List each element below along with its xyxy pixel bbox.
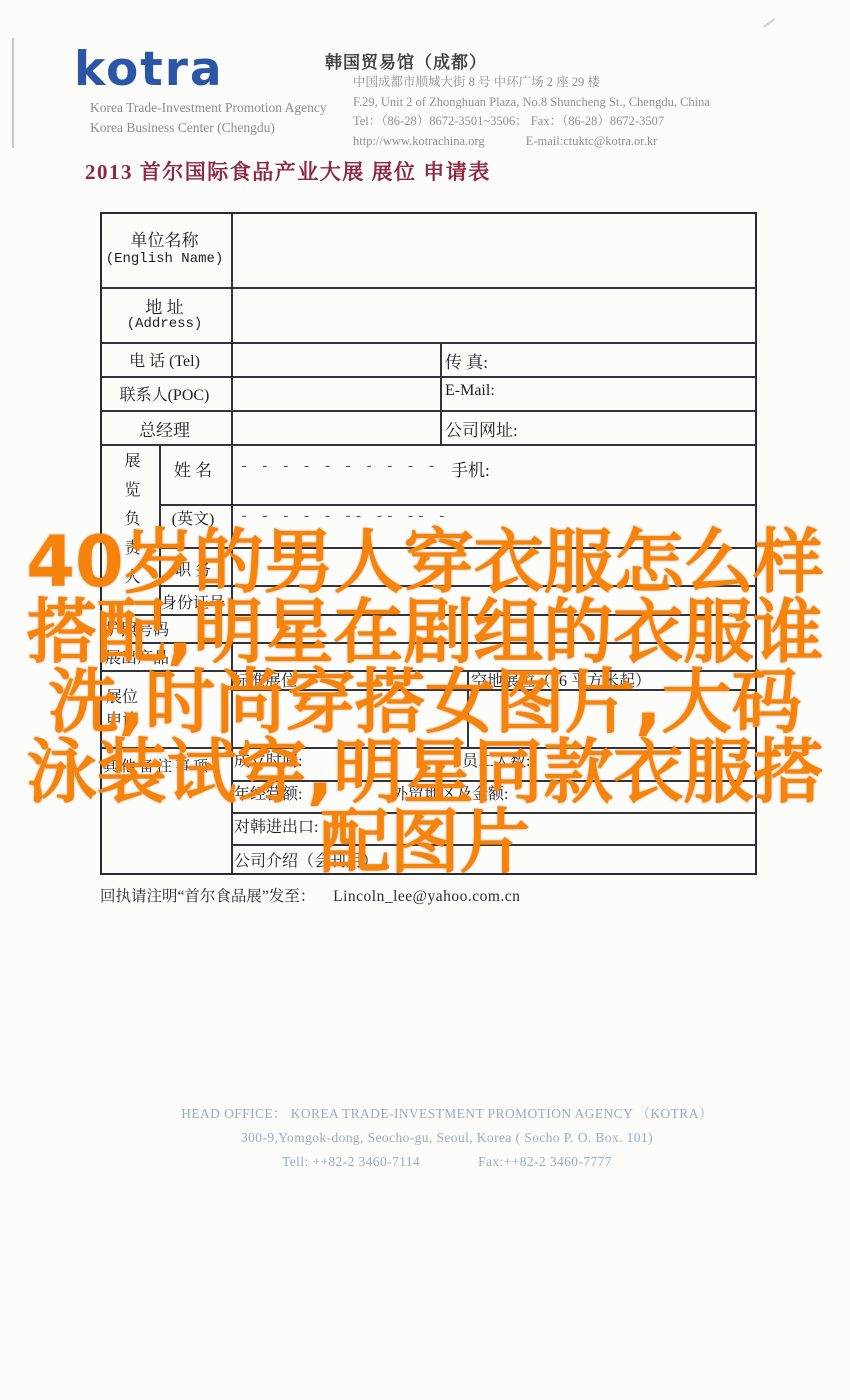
table-line xyxy=(102,642,757,644)
office-address-en: F.29, Unit 2 of Zhonghuan Plaza, No.8 Sh… xyxy=(353,93,805,113)
table-line xyxy=(159,585,757,587)
field-general-manager: 总经理 xyxy=(100,416,229,441)
office-web-email: http://www.kotrachina.org E-mail:ctuktc@… xyxy=(353,132,805,152)
name-dash-line: - - - - - - - - - - xyxy=(240,459,438,475)
field-address: 地 址 xyxy=(100,293,229,318)
table-line xyxy=(102,376,757,378)
table-line xyxy=(467,670,469,747)
reply-note-email: Lincoln_lee@yahoo.com.cn xyxy=(333,888,520,905)
table-line xyxy=(102,287,757,289)
table-line xyxy=(102,747,757,749)
org-line-1: Korea Trade-Investment Promotion Agency xyxy=(90,98,327,118)
scan-artifact-line xyxy=(12,38,14,148)
document-title: 2013 首尔国际食品产业大展 展位 申请表 xyxy=(85,156,491,186)
field-products: 展出产品 xyxy=(105,645,169,668)
table-line xyxy=(440,342,442,444)
footer-tel: Tell: ++82-2 3460-7114 xyxy=(282,1154,420,1169)
name-en-dash-line: - - - - - -- -- -- - xyxy=(240,509,448,525)
table-line xyxy=(102,444,757,446)
field-founded: 成立时间: xyxy=(234,748,302,771)
scanned-application-form: kotra Korea Trade-Investment Promotion A… xyxy=(0,0,850,1400)
field-trade-regions: 外贸地区及金额: xyxy=(392,781,508,804)
booth-group-line2: 申请 xyxy=(106,707,138,730)
table-line xyxy=(231,214,233,873)
group-exhibit-manager: 展览负责人 xyxy=(119,452,142,624)
scan-artifact-mark xyxy=(763,18,776,28)
footer-line-3: Tell: ++82-2 3460-7114Fax:++82-2 3460-77… xyxy=(22,1150,850,1174)
office-tel-fax: Tel：（86-28）8672-3501~3506； Fax：（86-28）86… xyxy=(353,112,805,132)
footer-line-1: HEAD OFFICE： KOREA TRADE-INVESTMENT PROM… xyxy=(22,1102,850,1126)
office-name: 韩国贸易馆（成都） xyxy=(325,48,805,73)
table-line xyxy=(159,504,757,506)
table-line xyxy=(159,547,757,549)
field-name-en: (英文) xyxy=(157,506,229,529)
footer-fax: Fax:++82-2 3460-7777 xyxy=(478,1154,612,1169)
org-subtitle: Korea Trade-Investment Promotion Agency … xyxy=(90,98,327,138)
office-info-block: 韩国贸易馆（成都） 中国成都市顺城大街 8 号 中环广场 2 座 29 楼 F.… xyxy=(325,48,805,151)
table-line xyxy=(102,670,757,672)
field-annual-revenue: 年经营额: xyxy=(234,781,302,804)
option-raw-space-booth: 空地展位（36 平方米起） xyxy=(471,668,651,691)
office-website: http://www.kotrachina.org xyxy=(353,134,485,148)
group-other-notes: 其他备注事项 xyxy=(103,755,211,776)
field-fax: 传 真: xyxy=(445,348,488,373)
field-email: E-Mail: xyxy=(445,382,495,400)
org-line-2: Korea Business Center (Chengdu) xyxy=(90,118,327,138)
office-email: E-mail:ctuktc@kotra.or.kr xyxy=(526,134,658,148)
field-company-name: 单位名称 xyxy=(100,226,229,251)
field-company-name-en: (English Name) xyxy=(100,251,229,267)
field-position: 职 务 xyxy=(157,557,229,580)
field-company-intro: 公司介绍（会刊用） xyxy=(234,848,378,871)
table-line xyxy=(231,844,757,846)
option-standard-booth: 标准展位 xyxy=(233,668,297,691)
field-id-number: 身份证号 xyxy=(157,590,229,613)
field-staff-count: 员工人数: xyxy=(462,748,530,771)
table-line xyxy=(102,614,757,616)
reply-note: 回执请注明“首尔食品展”发至： Lincoln_lee@yahoo.com.cn xyxy=(100,884,520,906)
footer-line-2: 300-9,Yomgok-dong, Seocho-gu, Seoul, Kor… xyxy=(22,1126,850,1150)
field-mobile: 手机: xyxy=(451,456,490,481)
table-line xyxy=(102,410,757,412)
field-korea-import-export: 对韩进出口: xyxy=(234,814,318,837)
field-name: 姓 名 xyxy=(157,456,229,481)
head-office-footer: HEAD OFFICE： KOREA TRADE-INVESTMENT PROM… xyxy=(22,1102,850,1174)
field-poc: 联系人(POC) xyxy=(100,382,229,405)
reply-note-text: 回执请注明“首尔食品展”发至： xyxy=(100,888,315,905)
group-booth-application: 展位 申请 xyxy=(106,684,138,730)
field-tel: 电 话 (Tel) xyxy=(100,348,229,371)
field-passport: 护照号码 xyxy=(105,617,169,640)
office-address-cn: 中国成都市顺城大街 8 号 中环广场 2 座 29 楼 xyxy=(353,73,805,93)
kotra-logo: kotra xyxy=(74,42,224,97)
booth-group-line1: 展位 xyxy=(106,684,138,707)
field-website: 公司网址: xyxy=(445,416,518,441)
field-address-en: (Address) xyxy=(100,316,229,332)
table-line xyxy=(102,342,757,344)
